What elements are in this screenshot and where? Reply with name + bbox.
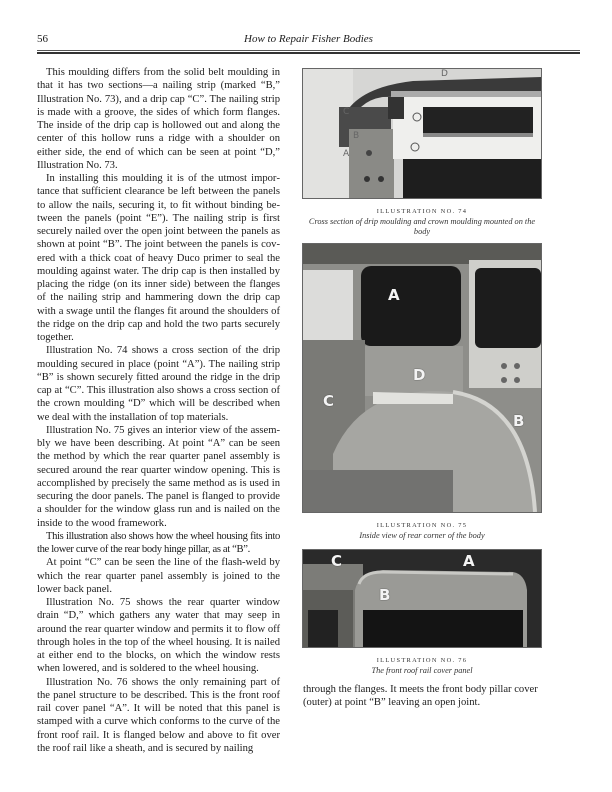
callout-b: B: [513, 412, 524, 430]
figure-76: C A B ILLUSTRATION NO. 76 The front roof…: [302, 549, 542, 676]
illustration-75-photo: A B C D: [302, 243, 542, 513]
paragraph: Illustration No. 75 gives an interior vi…: [37, 424, 280, 530]
callout-a: A: [343, 149, 349, 159]
callout-d: D: [413, 366, 425, 384]
running-title: How to Repair Fisher Bodies: [37, 33, 580, 45]
paragraph: Illustration No. 76 shows the only remai…: [37, 676, 280, 756]
paragraph: This moulding differs from the solid bel…: [37, 66, 280, 172]
figure-label: ILLUSTRATION NO. 74: [302, 208, 542, 215]
callout-c: C: [323, 392, 334, 410]
paragraph: This illustration also shows how the whe…: [37, 530, 280, 557]
callout-c: C: [331, 552, 342, 570]
body-text-column: This moulding differs from the solid bel…: [37, 66, 280, 755]
drip-moulding-photo-icon: [303, 69, 541, 198]
figure-75: A B C D ILLUSTRATION NO. 75 Inside view …: [302, 243, 542, 541]
callout-b: B: [379, 586, 390, 604]
illustration-74-photo: C A B D: [302, 68, 542, 199]
body-text-continuation: through the flanges. It meets the front …: [303, 683, 543, 710]
figure-label: ILLUSTRATION NO. 75: [302, 522, 542, 529]
header-rule-thick: [37, 52, 580, 54]
callout-d: D: [441, 69, 448, 79]
figure-caption: The front roof rail cover panel: [302, 666, 542, 676]
figure-caption: Cross section of drip moulding and crown…: [302, 217, 542, 236]
paragraph: In installing this moulding it is of the…: [37, 172, 280, 344]
callout-c: C: [343, 107, 349, 117]
callout-a: A: [463, 552, 475, 570]
paragraph: Illustration No. 74 shows a cross sectio…: [37, 344, 280, 424]
header-rule-thin: [37, 50, 580, 51]
paragraph: through the flanges. It meets the front …: [303, 683, 543, 710]
paragraph: At point “C” can be seen the line of the…: [37, 556, 280, 596]
figure-74: C A B D ILLUSTRATION NO. 74 Cross sectio…: [302, 68, 542, 236]
figure-label: ILLUSTRATION NO. 76: [302, 657, 542, 664]
paragraph: Illustration No. 75 shows the rear quart…: [37, 596, 280, 676]
illustration-76-photo: C A B: [302, 549, 542, 648]
callout-b: B: [353, 131, 359, 141]
callout-a: A: [388, 286, 400, 304]
page-header: 56 How to Repair Fisher Bodies: [37, 33, 580, 57]
figure-caption: Inside view of rear corner of the body: [302, 531, 542, 541]
